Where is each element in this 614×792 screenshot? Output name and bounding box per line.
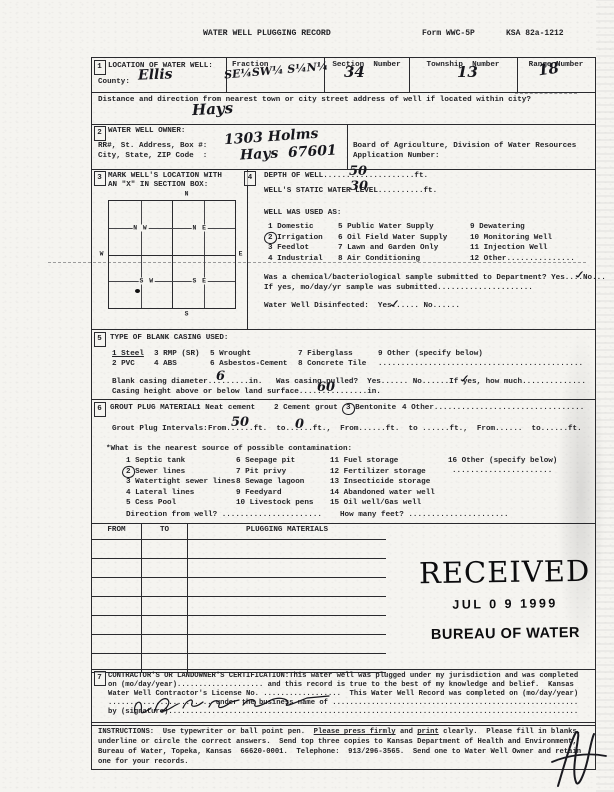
casing-option: 8 Concrete Tile xyxy=(298,360,366,369)
township-number-handwriting: 13 xyxy=(457,63,478,81)
used-option: 10 Monitoring Well xyxy=(470,234,575,245)
section-2-title: WATER WELL OWNER: xyxy=(108,127,185,136)
well-used-col1: 1 Domestic 2 Irrigation 3 Feedlot 4 Indu… xyxy=(268,223,323,265)
agency-label: Board of Agriculture, Division of Water … xyxy=(353,142,576,151)
grid-line xyxy=(109,228,235,229)
table-row xyxy=(92,635,386,654)
address-label-1: RR#, St. Address, Box #: xyxy=(98,142,207,151)
table-header-to: TO xyxy=(142,523,188,539)
quadrant-ne-label: N E xyxy=(191,224,208,231)
table-cell xyxy=(142,597,188,615)
contamination-option-sewer-lines: 2 Sewer lines xyxy=(126,468,235,479)
quadrant-nw-label: N W xyxy=(132,224,149,231)
section-4-number: 4 xyxy=(244,171,256,186)
section-7-number: 7 xyxy=(94,671,106,686)
table-row xyxy=(92,654,386,673)
contamination-option: 15 Oil well/Gas well xyxy=(330,499,435,510)
grout-option: 1 Neat cement xyxy=(196,404,255,413)
table-row xyxy=(92,597,386,616)
contamination-col1: 1 Septic tank 2 Sewer lines 3 Watertight… xyxy=(126,457,235,510)
contamination-option: 6 Seepage pit xyxy=(236,457,313,468)
used-option: 6 Oil Field Water Supply xyxy=(338,234,447,245)
section-3-title-line2: AN "X" IN SECTION BOX: xyxy=(108,181,208,190)
quadrant-se-label: S E xyxy=(191,278,208,285)
table-row xyxy=(92,559,386,578)
divider xyxy=(92,124,595,125)
plugging-materials-table: FROM TO PLUGGING MATERIALS xyxy=(92,523,386,673)
table-cell xyxy=(92,654,142,672)
casing-option-steel: 1 Steel xyxy=(112,350,144,359)
table-row xyxy=(92,578,386,597)
well-used-col2: 5 Public Water Supply 6 Oil Field Water … xyxy=(338,223,447,265)
how-many-feet-question: How many feet? ...................... xyxy=(340,511,509,520)
corner-scribble-handwriting xyxy=(548,728,612,790)
county-value-handwriting: Ellis xyxy=(138,66,173,83)
contamination-option: 14 Abandoned water well xyxy=(330,489,435,500)
instructions-text: and xyxy=(396,728,418,736)
casing-option: 4 ABS xyxy=(154,360,177,369)
grout-intervals-line: From......ft. to......ft., From......ft.… xyxy=(208,425,582,434)
casing-other-dots: ........................................… xyxy=(378,360,583,369)
county-label: County: xyxy=(98,78,130,87)
section-number-label: Section Number xyxy=(324,61,409,70)
town-handwriting: Hays xyxy=(192,99,234,119)
statute-number: KSA 82a-1212 xyxy=(506,29,564,39)
casing-height-handwriting: 60 xyxy=(317,380,335,395)
casing-option: 2 PVC xyxy=(112,360,135,369)
grout-option: 4 Other................................. xyxy=(402,404,584,413)
used-option: 1 Domestic xyxy=(268,223,323,234)
table-cell xyxy=(92,578,142,596)
received-stamp-bureau: BUREAU OF WATER xyxy=(414,625,596,644)
used-option: 3 Feedlot xyxy=(268,244,323,255)
section-2-number: 2 xyxy=(94,126,106,141)
table-cell xyxy=(92,616,142,634)
contamination-option: 7 Pit privy xyxy=(236,468,313,479)
quadrant-sw-label: S W xyxy=(139,278,156,285)
contamination-option: 13 Insecticide storage xyxy=(330,478,435,489)
table-cell xyxy=(92,635,142,653)
water-well-plugging-record-scan: WATER WELL PLUGGING RECORD Form WWC-5P K… xyxy=(0,0,614,792)
table-cell xyxy=(142,540,188,558)
table-cell xyxy=(142,635,188,653)
divider xyxy=(347,124,348,169)
grout-option: 2 Cement grout xyxy=(274,404,338,413)
contamination-option: 5 Cess Pool xyxy=(126,499,235,510)
contamination-option: 10 Livestock pens xyxy=(236,499,313,510)
table-cell xyxy=(188,597,386,615)
instructions-underlined: print xyxy=(417,728,439,736)
section-5-title: TYPE OF BLANK CASING USED: xyxy=(110,334,228,343)
contamination-option: 8 Sewage lagoon xyxy=(236,478,313,489)
disinfected-no-checkmark: ✓ xyxy=(386,298,404,311)
grout-intervals-label: Grout Plug Intervals: xyxy=(112,425,208,434)
well-used-col3: 9 Dewatering 10 Monitoring Well 11 Injec… xyxy=(470,223,575,265)
interval-to-handwriting: 0 xyxy=(295,417,304,432)
certification-line1: CONTRACTOR'S OR LANDOWNER'S CERTIFICATIO… xyxy=(108,672,578,681)
table-cell xyxy=(188,540,386,558)
table-cell xyxy=(188,559,386,577)
casing-diameter-handwriting: 6 xyxy=(216,369,225,384)
received-stamp-date: JUL 0 9 1999 xyxy=(414,596,596,613)
depth-of-well-line: DEPTH OF WELL....................ft. xyxy=(264,172,428,181)
instructions-line1: INSTRUCTIONS: Use typewriter or ball poi… xyxy=(98,728,581,737)
casing-option: 5 Wrought xyxy=(210,350,251,359)
compass-south-label: S xyxy=(184,311,191,318)
application-number-label: Application Number: xyxy=(353,152,440,161)
divider xyxy=(92,725,595,726)
instructions-line4: one for your records. xyxy=(98,758,189,767)
casing-pulled-no-checkmark: ✓ xyxy=(456,373,474,386)
disinfected-line: Water Well Disinfected: Yes...... No....… xyxy=(264,302,460,311)
address-label-2: City, State, ZIP Code : xyxy=(98,152,207,161)
direction-question: Direction from well? ...................… xyxy=(126,511,322,520)
used-option: 11 Injection Well xyxy=(470,244,575,255)
section-1-number: 1 xyxy=(94,60,106,75)
divider xyxy=(92,399,595,400)
interval-from-handwriting: 50 xyxy=(231,415,249,430)
received-stamp: RECEIVED JUL 0 9 1999 BUREAU OF WATER xyxy=(413,554,596,644)
table-cell xyxy=(188,635,386,653)
form-body: 1 LOCATION OF WATER WELL: County: Ellis … xyxy=(91,57,596,770)
table-cell xyxy=(92,540,142,558)
contamination-option: 1 Septic tank xyxy=(126,457,235,468)
grid-line xyxy=(109,255,235,256)
used-option: 12 Other............... xyxy=(470,255,575,266)
used-option: 4 Industrial xyxy=(268,255,323,266)
section-6-number: 6 xyxy=(94,402,106,417)
contamination-col2: 6 Seepage pit 7 Pit privy 8 Sewage lagoo… xyxy=(236,457,313,510)
section-3-number: 3 xyxy=(94,171,106,186)
casing-option: 7 Fiberglass xyxy=(298,350,353,359)
section-5-number: 5 xyxy=(94,332,106,347)
table-cell xyxy=(92,597,142,615)
static-level-handwriting: 30 xyxy=(350,179,368,194)
contamination-option: 4 Lateral lines xyxy=(126,489,235,500)
used-option: 9 Dewatering xyxy=(470,223,575,234)
contamination-other-dots: ...................... xyxy=(452,467,552,476)
compass-east-label: E xyxy=(238,251,245,258)
depth-handwriting: 50 xyxy=(349,164,367,179)
contamination-label: *What is the nearest source of possible … xyxy=(106,445,352,454)
instructions-text: INSTRUCTIONS: Use typewriter or ball poi… xyxy=(98,728,314,736)
used-option: 8 Air Conditioning xyxy=(338,255,447,266)
divider xyxy=(92,92,595,93)
well-used-as-label: WELL WAS USED AS: xyxy=(264,209,341,218)
sample-question: Was a chemical/bacteriological sample su… xyxy=(264,274,606,283)
compass-west-label: W xyxy=(99,251,106,258)
instructions-line3: Bureau of Water, Topeka, Kansas 66620-00… xyxy=(98,748,581,757)
section-number-handwriting: 34 xyxy=(344,63,365,81)
contamination-col3: 11 Fuel storage 12 Fertilizer storage 13… xyxy=(330,457,435,510)
table-cell xyxy=(142,616,188,634)
divider xyxy=(247,169,248,329)
casing-option: 9 Other (specify below) xyxy=(378,350,483,359)
document-title: WATER WELL PLUGGING RECORD xyxy=(203,29,331,39)
signature-handwriting xyxy=(131,691,341,721)
divider xyxy=(92,169,595,170)
sample-no-checkmark: ✓ xyxy=(571,269,589,282)
table-cell xyxy=(188,654,386,672)
well-location-mark xyxy=(135,289,140,293)
table-cell xyxy=(188,616,386,634)
received-stamp-text: RECEIVED xyxy=(413,554,595,591)
divider xyxy=(92,329,595,330)
form-number: Form WWC-5P xyxy=(422,29,475,39)
table-header-from: FROM xyxy=(92,523,142,539)
grid-line xyxy=(109,281,235,282)
instructions-line2: underline or circle the correct answers.… xyxy=(98,738,577,747)
range-number-handwriting: 18 xyxy=(537,59,560,80)
table-header-row: FROM TO PLUGGING MATERIALS xyxy=(92,523,386,540)
table-cell xyxy=(92,559,142,577)
sample-date-line: If yes, mo/day/yr sample was submitted..… xyxy=(264,284,533,293)
section-location-grid: N W N E S W S E xyxy=(108,200,236,309)
contamination-option: 11 Fuel storage xyxy=(330,457,435,468)
casing-height-line: Casing height above or below land surfac… xyxy=(112,388,381,397)
table-row xyxy=(92,540,386,559)
table-cell xyxy=(142,559,188,577)
table-row xyxy=(92,616,386,635)
used-option: 7 Lawn and Garden Only xyxy=(338,244,447,255)
divider xyxy=(92,722,595,723)
compass-north-label: N xyxy=(184,191,191,198)
table-cell xyxy=(142,654,188,672)
casing-option: 3 RMP (SR) xyxy=(154,350,200,359)
grout-material-label: GROUT PLUG MATERIAL: xyxy=(110,404,201,413)
contamination-option: 12 Fertilizer storage xyxy=(330,468,435,479)
table-header-materials: PLUGGING MATERIALS xyxy=(188,523,386,539)
contamination-other-label: 16 Other (specify below) xyxy=(448,457,557,466)
table-cell xyxy=(188,578,386,596)
instructions-underlined: Please press firmly xyxy=(314,728,396,736)
table-cell xyxy=(142,578,188,596)
distance-question: Distance and direction from nearest town… xyxy=(98,96,531,105)
contamination-option: 3 Watertight sewer lines xyxy=(126,478,235,489)
bentonite-selection-circle xyxy=(341,402,355,415)
casing-diameter-line: Blank casing diameter.........in. xyxy=(112,378,262,387)
used-option: 5 Public Water Supply xyxy=(338,223,447,234)
contamination-option: 9 Feedyard xyxy=(236,489,313,500)
certification-line2: on (mo/day/year).................... and… xyxy=(108,681,574,690)
